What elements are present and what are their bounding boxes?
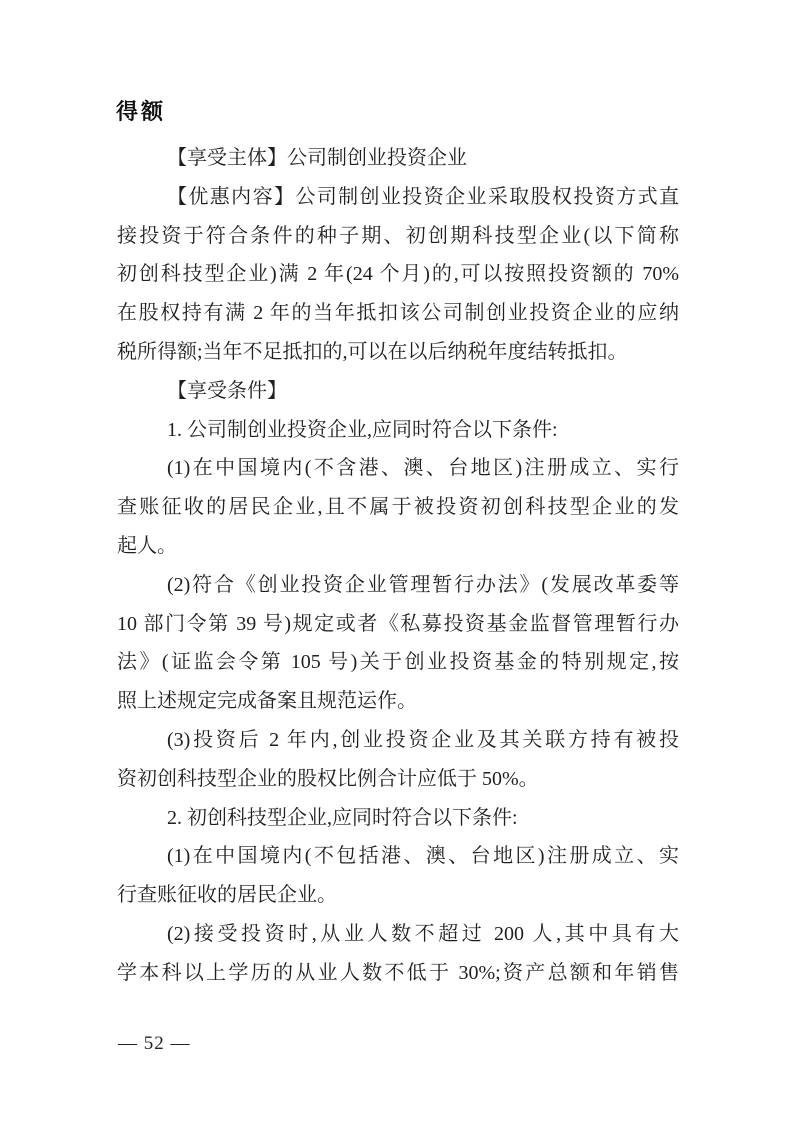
paragraph: 【享受条件】 [117,372,679,411]
text-line: 法》(证监会令第 105 号)关于创业投资基金的特别规定,按 [117,643,679,682]
paragraph: 2. 初创科技型企业,应同时符合以下条件: [117,799,679,838]
text-line: 1. 公司制创业投资企业,应同时符合以下条件: [117,411,679,450]
text-line: 2. 初创科技型企业,应同时符合以下条件: [117,799,679,838]
paragraph: (3)投资后 2 年内,创业投资企业及其关联方持有被投资初创科技型企业的股权比例… [117,721,679,799]
paragraph: 【享受主体】公司制创业投资企业 [117,139,679,178]
text-line: (1)在中国境内(不包括港、澳、台地区)注册成立、实 [117,837,679,876]
text-line: 10 部门令第 39 号)规定或者《私募投资基金监督管理暂行办 [117,605,679,644]
paragraph: (1)在中国境内(不含港、澳、台地区)注册成立、实行查账征收的居民企业,且不属于… [117,449,679,565]
text-line: 行查账征收的居民企业。 [117,876,679,915]
text-line: (2)符合《创业投资企业管理暂行办法》(发展改革委等 [117,566,679,605]
text-line: 【优惠内容】公司制创业投资企业采取股权投资方式直 [117,178,679,217]
text-line: 查账征收的居民企业,且不属于被投资初创科技型企业的发 [117,488,679,527]
document-page: 得额 【享受主体】公司制创业投资企业【优惠内容】公司制创业投资企业采取股权投资方… [0,0,793,1122]
page-number: — 52 — [118,1033,191,1055]
text-line: 学本科以上学历的从业人数不低于 30%;资产总额和年销售 [117,954,679,993]
text-line: 初创科技型企业)满 2 年(24 个月)的,可以按照投资额的 70% [117,255,679,294]
text-line: (1)在中国境内(不含港、澳、台地区)注册成立、实行 [117,449,679,488]
paragraph: (2)符合《创业投资企业管理暂行办法》(发展改革委等10 部门令第 39 号)规… [117,566,679,721]
paragraph: (2)接受投资时,从业人数不超过 200 人,其中具有大学本科以上学历的从业人数… [117,915,679,993]
text-line: 接投资于符合条件的种子期、初创期科技型企业(以下简称 [117,217,679,256]
text-line: (2)接受投资时,从业人数不超过 200 人,其中具有大 [117,915,679,954]
text-line: (3)投资后 2 年内,创业投资企业及其关联方持有被投 [117,721,679,760]
text-line: 在股权持有满 2 年的当年抵扣该公司制创业投资企业的应纳 [117,294,679,333]
text-line: 资初创科技型企业的股权比例合计应低于 50%。 [117,760,679,799]
text-line: 照上述规定完成备案且规范运作。 [117,682,679,721]
text-line: 【享受条件】 [117,372,679,411]
paragraph: 【优惠内容】公司制创业投资企业采取股权投资方式直接投资于符合条件的种子期、初创期… [117,178,679,372]
page-title: 得额 [116,95,166,126]
text-line: 起人。 [117,527,679,566]
paragraph: 1. 公司制创业投资企业,应同时符合以下条件: [117,411,679,450]
text-line: 税所得额;当年不足抵扣的,可以在以后纳税年度结转抵扣。 [117,333,679,372]
paragraph-list: 【享受主体】公司制创业投资企业【优惠内容】公司制创业投资企业采取股权投资方式直接… [117,139,679,993]
text-line: 【享受主体】公司制创业投资企业 [117,139,679,178]
paragraph: (1)在中国境内(不包括港、澳、台地区)注册成立、实行查账征收的居民企业。 [117,837,679,915]
